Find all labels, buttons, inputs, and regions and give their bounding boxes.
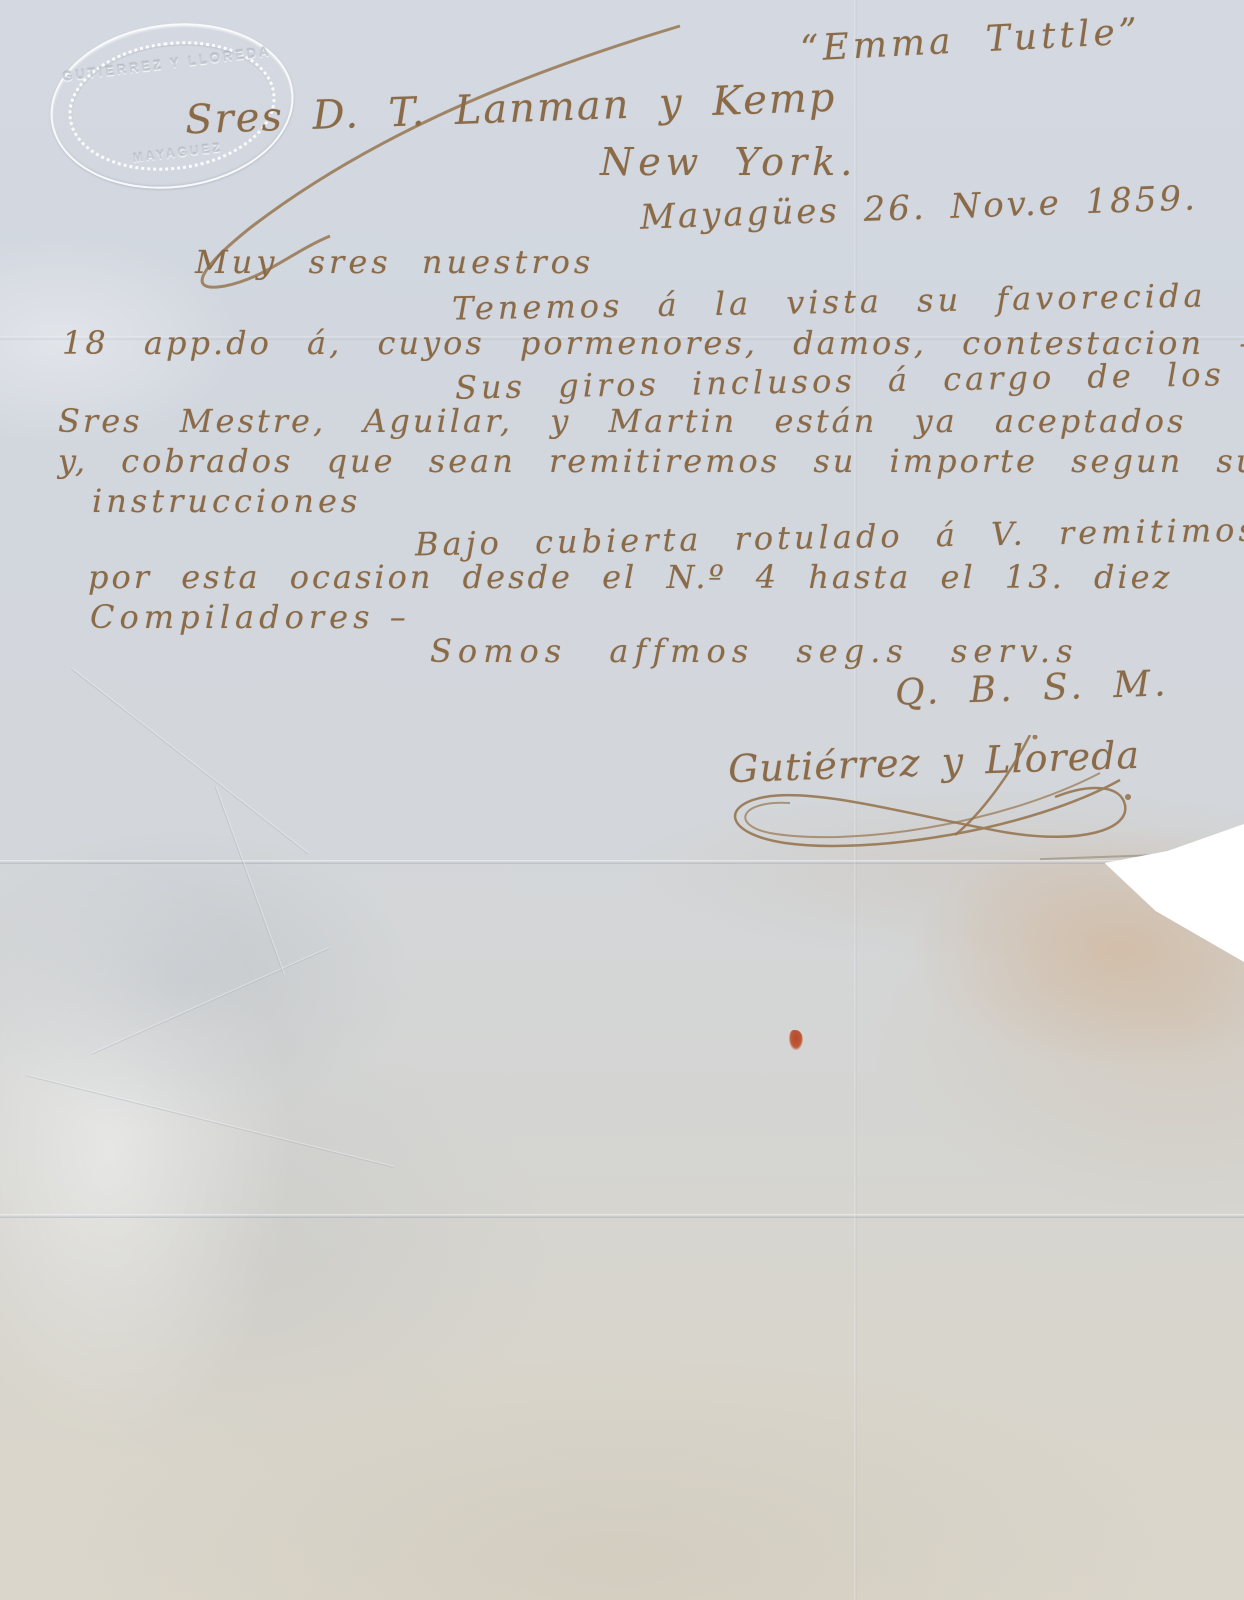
body-line-7: Bajo cubierta rotulado á V. remitimos [415,511,1244,564]
body-line-5: y, cobrados que sean remitiremos su impo… [58,442,1244,480]
body-line-3: Sus giros inclusos á cargo de los [455,355,1225,406]
crease-line-2 [91,947,329,1055]
crease-line-1 [71,668,309,854]
body-line-2: 18 app.do á, cuyos pormenores, damos, co… [62,324,1244,362]
letter-page: GUTIERREZ Y LLOREDA MAYAGUEZ “Emma Tuttl… [0,0,1244,1600]
crease-line-3 [25,1074,394,1168]
fold-line-horizontal-3 [0,1214,1244,1218]
signature: Gutiérrez y Lloreda [727,733,1140,791]
body-line-6: instrucciones [92,482,361,520]
fold-line-horizontal-2 [0,860,1244,864]
paper-aging-overlay [0,0,1244,1600]
salutation: Muy sres nuestros [195,243,594,281]
crease-line-4 [215,787,285,976]
ship-name: “Emma Tuttle” [799,11,1142,70]
red-ink-mark [789,1030,803,1050]
body-line-8: por esta ocasion desde el N.º 4 hasta el… [88,558,1172,596]
closing-line-2: Q. B. S. M. [894,663,1170,714]
body-line-9: Compiladores – [90,598,411,636]
dateline: Mayagües 26. Nov.e 1859. [639,178,1198,237]
body-line-4: Sres Mestre, Aguilar, y Martin están ya … [58,402,1186,440]
recipient-line-2: New York. [600,140,857,184]
fold-line-vertical [854,0,857,1600]
closing-line-1: Somos affmos seg.s serv.s [430,632,1079,670]
body-line-1: Tenemos á la vista su favorecida [452,276,1207,327]
paper-tear [1074,818,1244,968]
